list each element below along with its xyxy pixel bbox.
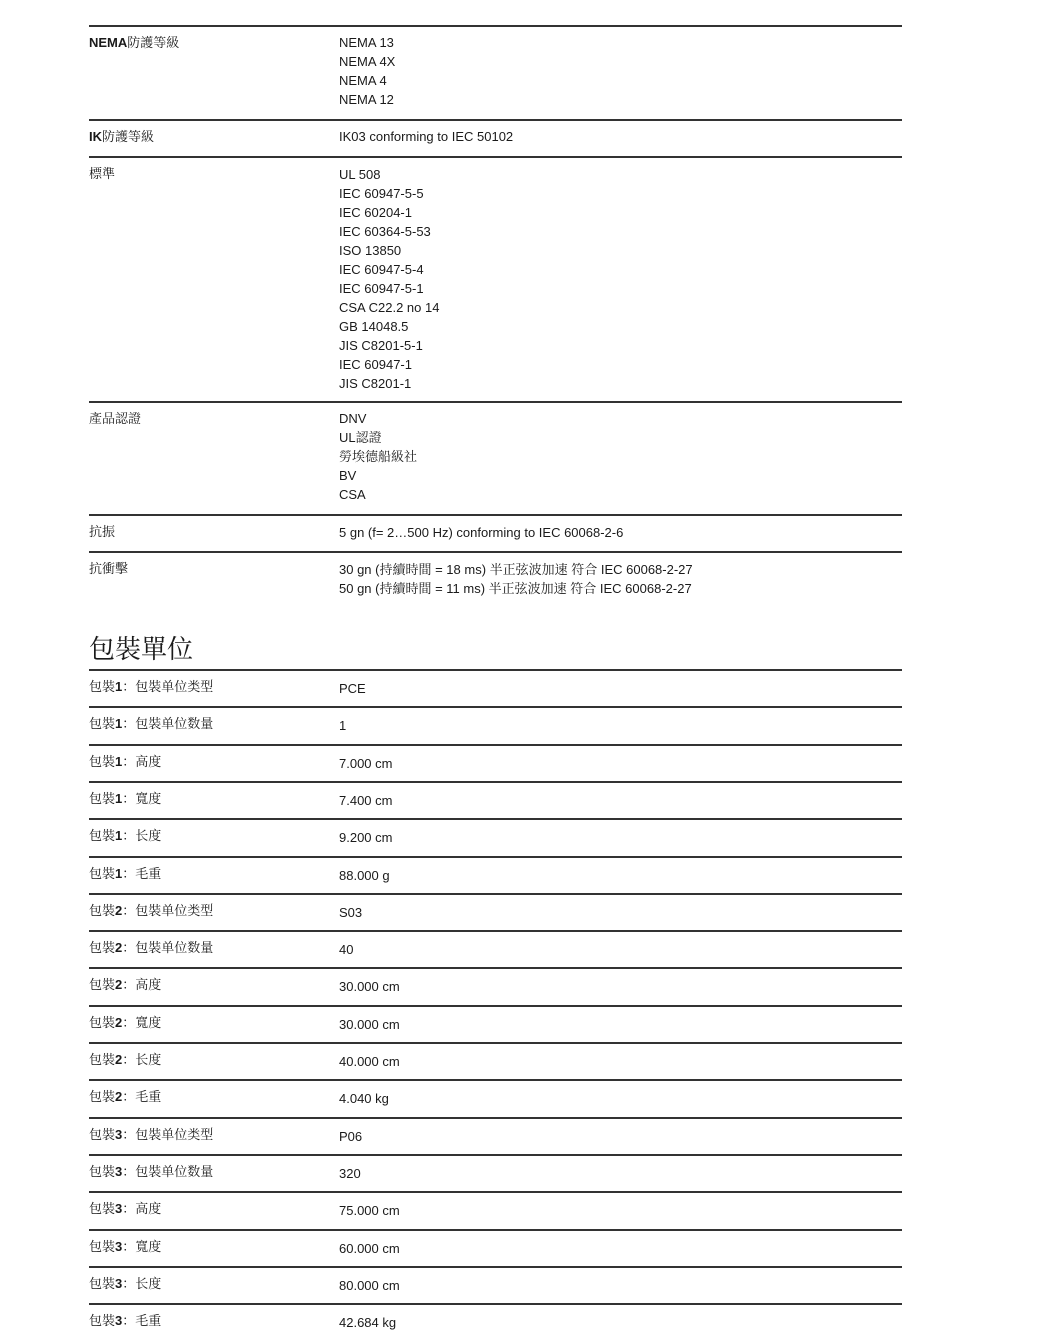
packaging-row: 包裝3：长度80.000 cm [89, 1266, 902, 1304]
packaging-value: 7.400 cm [339, 791, 392, 810]
packaging-label: 包裝3：毛重 [89, 1311, 161, 1330]
packaging-row: 包裝2：包裝单位数量40 [89, 930, 902, 968]
spec-row-shock: 抗衝擊 30 gn (持續時間 = 18 ms) 半正弦波加速 符合 IEC 6… [89, 551, 902, 603]
spec-label: 抗振 [89, 522, 115, 541]
packaging-label: 包裝3：包裝单位数量 [89, 1162, 213, 1181]
packaging-row: 包裝1：高度7.000 cm [89, 744, 902, 782]
packaging-value: 42.684 kg [339, 1313, 396, 1332]
packaging-row: 包裝1：寬度7.400 cm [89, 781, 902, 819]
packaging-label: 包裝1：毛重 [89, 864, 161, 883]
packaging-label: 包裝1：包裝单位数量 [89, 714, 213, 733]
packaging-row: 包裝3：寬度60.000 cm [89, 1229, 902, 1267]
packaging-label: 包裝3：寬度 [89, 1237, 161, 1256]
spec-value: DNVUL認證勞埃德船級社BVCSA [339, 409, 417, 504]
packaging-row: 包裝2：包裝单位类型S03 [89, 893, 902, 931]
packaging-row: 包裝1：包裝单位数量1 [89, 706, 902, 744]
packaging-row: 包裝3：高度75.000 cm [89, 1191, 902, 1229]
packaging-value: 80.000 cm [339, 1276, 400, 1295]
packaging-value: 320 [339, 1164, 361, 1183]
packaging-value: 40.000 cm [339, 1052, 400, 1071]
packaging-label: 包裝1：寬度 [89, 789, 161, 808]
packaging-row: 包裝2：寬度30.000 cm [89, 1005, 902, 1043]
packaging-label: 包裝2：包裝单位类型 [89, 901, 213, 920]
packaging-value: 1 [339, 716, 346, 735]
packaging-row: 包裝3：毛重42.684 kg [89, 1303, 902, 1337]
packaging-label: 包裝2：毛重 [89, 1087, 161, 1106]
packaging-value: 9.200 cm [339, 828, 392, 847]
packaging-value: 7.000 cm [339, 754, 392, 773]
packaging-value: P06 [339, 1127, 362, 1146]
packaging-label: 包裝1：高度 [89, 752, 161, 771]
packaging-value: 75.000 cm [339, 1201, 400, 1220]
packaging-label: 包裝2：长度 [89, 1050, 161, 1069]
spec-value: NEMA 13NEMA 4XNEMA 4NEMA 12 [339, 33, 395, 109]
spec-label: NEMA防護等級 [89, 33, 179, 52]
packaging-label: 包裝3：长度 [89, 1274, 161, 1293]
packaging-row: 包裝1：包裝单位类型PCE [89, 669, 902, 707]
packaging-label: 包裝1：长度 [89, 826, 161, 845]
packaging-row: 包裝1：长度9.200 cm [89, 818, 902, 856]
spec-label: 產品認證 [89, 409, 141, 428]
spec-value: IK03 conforming to IEC 50102 [339, 127, 513, 146]
spec-row-nema: NEMA防護等級 NEMA 13NEMA 4XNEMA 4NEMA 12 [89, 25, 902, 120]
packaging-value: 60.000 cm [339, 1239, 400, 1258]
packaging-row: 包裝2：长度40.000 cm [89, 1042, 902, 1080]
spec-label: 抗衝擊 [89, 559, 128, 578]
packaging-label: 包裝2：寬度 [89, 1013, 161, 1032]
spec-row-certifications: 產品認證 DNVUL認證勞埃德船級社BVCSA [89, 401, 902, 515]
packaging-value: 40 [339, 940, 353, 959]
packaging-value: PCE [339, 679, 366, 698]
packaging-value: 30.000 cm [339, 977, 400, 996]
packaging-row: 包裝2：毛重4.040 kg [89, 1079, 902, 1117]
packaging-value: 4.040 kg [339, 1089, 389, 1108]
spec-value: 30 gn (持續時間 = 18 ms) 半正弦波加速 符合 IEC 60068… [339, 560, 693, 598]
packaging-label: 包裝1：包裝单位类型 [89, 677, 213, 696]
section-title-packaging: 包裝單位 [89, 634, 193, 664]
spec-row-ik: IK防護等級 IK03 conforming to IEC 50102 [89, 119, 902, 157]
spec-row-standards: 標準 UL 508IEC 60947-5-5IEC 60204-1IEC 603… [89, 156, 902, 402]
packaging-label: 包裝2：包裝单位数量 [89, 938, 213, 957]
packaging-label: 包裝3：高度 [89, 1199, 161, 1218]
packaging-value: 88.000 g [339, 866, 390, 885]
packaging-value: S03 [339, 903, 362, 922]
packaging-row: 包裝2：高度30.000 cm [89, 967, 902, 1005]
spec-value: UL 508IEC 60947-5-5IEC 60204-1IEC 60364-… [339, 165, 439, 393]
packaging-row: 包裝1：毛重88.000 g [89, 856, 902, 894]
spec-label: 標準 [89, 164, 115, 183]
packaging-label: 包裝2：高度 [89, 975, 161, 994]
spec-row-vibration: 抗振 5 gn (f= 2…500 Hz) conforming to IEC … [89, 514, 902, 552]
packaging-row: 包裝3：包裝单位数量320 [89, 1154, 902, 1192]
spec-label: IK防護等級 [89, 127, 154, 146]
packaging-value: 30.000 cm [339, 1015, 400, 1034]
packaging-row: 包裝3：包裝单位类型P06 [89, 1117, 902, 1155]
spec-value: 5 gn (f= 2…500 Hz) conforming to IEC 600… [339, 523, 623, 542]
packaging-label: 包裝3：包裝单位类型 [89, 1125, 213, 1144]
